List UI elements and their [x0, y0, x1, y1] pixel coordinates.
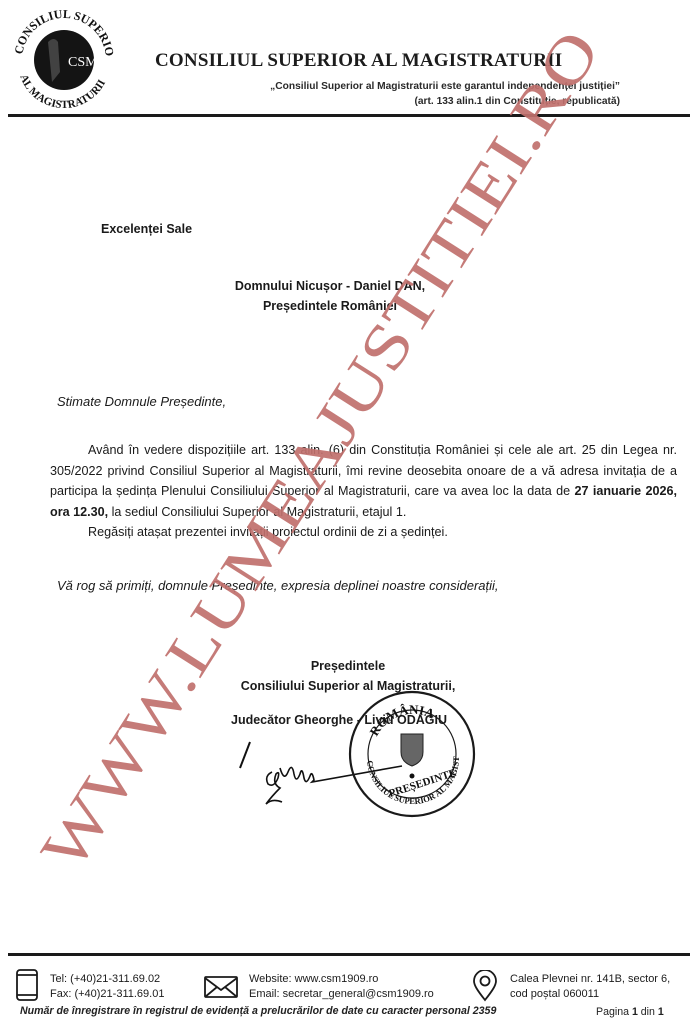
location-pin-icon — [472, 970, 498, 1002]
official-seal: ROMÂNIA CONSILIUL SUPERIOR AL MAGISTRATU… — [345, 686, 480, 821]
letter-body: Având în vedere dispozițiile art. 133 al… — [50, 440, 677, 543]
csm-emblem-icon: CSM CONSILIUL SUPERIOR AL MAGISTRATURII — [8, 4, 120, 108]
invitation-paragraph: Având în vedere dispozițiile art. 133 al… — [50, 440, 677, 522]
greeting: Stimate Domnule Președinte, — [57, 394, 226, 409]
closing-formula: Vă rog să primiți, domnule Președinte, e… — [57, 578, 499, 593]
contact-phone-fax: Tel: (+40)21-311.69.02 Fax: (+40)21-311.… — [50, 972, 164, 1002]
motto-quote: „Consiliul Superior al Magistraturii est… — [270, 81, 620, 92]
email-link[interactable]: Email: secretar_general@csm1909.ro — [249, 987, 434, 1002]
address-street: Calea Plevnei nr. 141B, sector 6, — [510, 972, 670, 987]
official-seal-icon: ROMÂNIA CONSILIUL SUPERIOR AL MAGISTRATU… — [345, 686, 480, 821]
addressee-prefix: Excelenței Sale — [101, 222, 192, 236]
registry-number: 2359 — [473, 1005, 497, 1017]
csm-logo: CSM CONSILIUL SUPERIOR AL MAGISTRATURII — [8, 4, 120, 108]
recipient-name: Domnului Nicușor - Daniel DAN, — [200, 276, 460, 296]
motto-citation: (art. 133 alin.1 din Constituție, republ… — [262, 94, 620, 109]
footer-divider — [8, 953, 690, 956]
attachment-note: Regăsiți atașat prezentei invitații proi… — [50, 522, 677, 543]
header-divider — [8, 114, 690, 117]
recipient-title: Președintele României — [200, 296, 460, 316]
contact-address: Calea Plevnei nr. 141B, sector 6, cod po… — [510, 972, 670, 1002]
org-title: CONSILIUL SUPERIOR AL MAGISTRATURII — [155, 50, 562, 72]
address-postal: cod poștal 060011 — [510, 987, 670, 1002]
data-registry-note: Număr de înregistrare în registrul de ev… — [20, 1005, 496, 1017]
recipient-block: Domnului Nicușor - Daniel DAN, Președint… — [200, 276, 460, 316]
page-indicator: Pagina 1 din 1 — [596, 1006, 664, 1018]
page-total: 1 — [658, 1006, 664, 1018]
phone-number: Tel: (+40)21-311.69.02 — [50, 972, 164, 987]
org-motto: „Consiliul Superior al Magistraturii est… — [262, 79, 620, 109]
envelope-icon — [203, 975, 239, 999]
svg-text:CSM: CSM — [68, 55, 98, 70]
website-link[interactable]: Website: www.csm1909.ro — [249, 972, 434, 987]
contact-web-email: Website: www.csm1909.ro Email: secretar_… — [249, 972, 434, 1002]
fax-number: Fax: (+40)21-311.69.01 — [50, 987, 164, 1002]
phone-icon — [15, 968, 39, 1002]
svg-text:ROMÂNIA: ROMÂNIA — [366, 702, 437, 738]
